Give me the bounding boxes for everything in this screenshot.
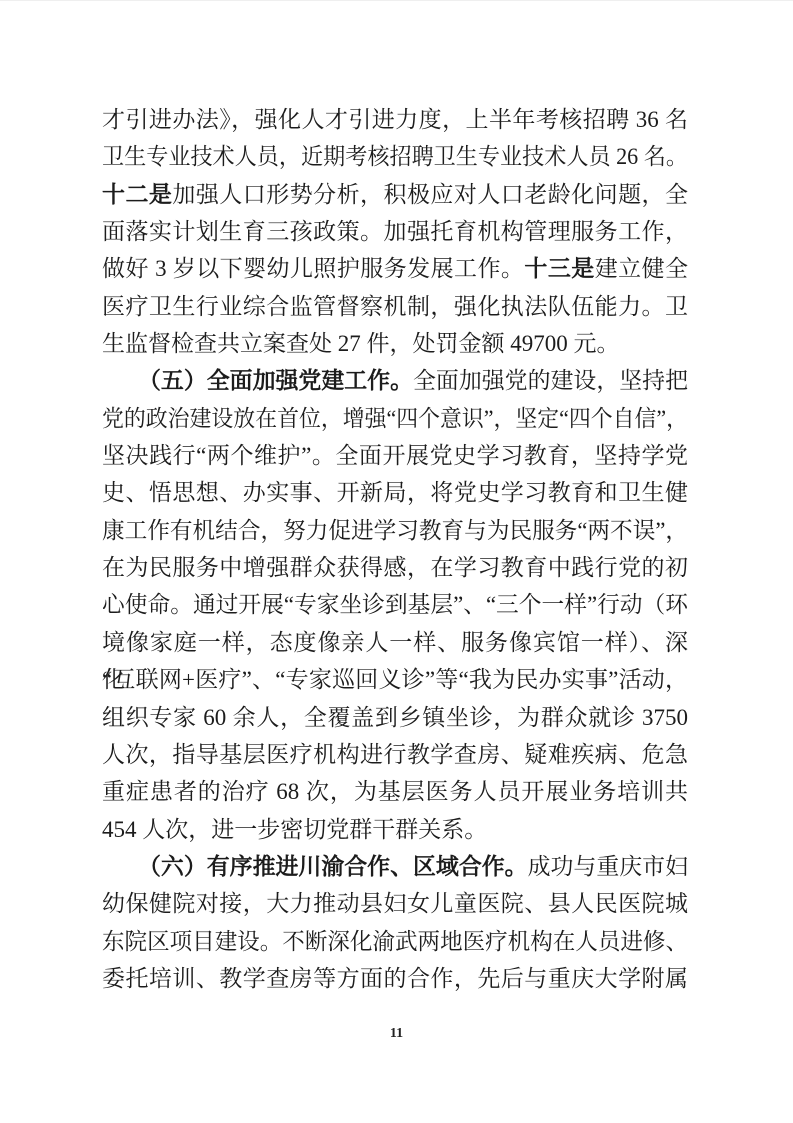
- text-segment: “互联网+医疗”、“专家巡回义诊”等“我为民办实事”活动，: [102, 667, 688, 692]
- text-line-content: 医疗卫生行业综合监管督察机制，强化执法队伍能力。卫: [102, 288, 688, 325]
- text-segment: 重症患者的治疗 68 次，为基层医务人员开展业务培训共: [102, 779, 688, 804]
- text-line: 幼保健院对接，大力推动县妇女儿童医院、县人民医院城: [102, 885, 688, 922]
- text-line: 组织专家 60 余人，全覆盖到乡镇坐诊，为群众就诊 3750: [102, 699, 688, 736]
- text-line: 医疗卫生行业综合监管督察机制，强化执法队伍能力。卫: [102, 288, 688, 325]
- text-segment: 卫生专业技术人员，近期考核招聘卫生专业技术人员 26 名。: [102, 144, 688, 169]
- text-line-content: 康工作有机结合，努力促进学习教育与为民服务“两不误”，: [102, 512, 688, 549]
- text-line-content: 委托培训、教学查房等方面的合作，先后与重庆大学附属: [102, 960, 688, 997]
- text-line-content: （五）全面加强党建工作。全面加强党的建设，坚持把: [138, 362, 688, 399]
- text-line-content: 党的政治建设放在首位，增强“四个意识”，坚定“四个自信”，: [102, 400, 688, 437]
- text-line: 史、悟思想、办实事、开新局，将党史学习教育和卫生健: [102, 474, 688, 511]
- text-segment: 人次，指导基层医疗机构进行教学查房、疑难疾病、危急: [102, 742, 688, 767]
- text-segment: 心使命。通过开展“专家坐诊到基层”、“三个一样”行动（环: [102, 592, 688, 617]
- text-segment: 建立健全: [595, 256, 688, 281]
- text-segment: 做好 3 岁以下婴幼儿照护服务发展工作。: [102, 256, 524, 281]
- text-line: 才引进办法》，强化人才引进力度，上半年考核招聘 36 名: [102, 101, 688, 138]
- text-line: 坚决践行“两个维护”。全面开展党史学习教育，坚持学党: [102, 437, 688, 474]
- text-segment: 成功与重庆市妇: [528, 854, 688, 879]
- text-segment: 在为民服务中增强群众获得感，在学习教育中践行党的初: [102, 555, 688, 580]
- text-segment-bold: （六）有序推进川渝合作、区域合作。: [138, 854, 528, 879]
- document-page: 才引进办法》，强化人才引进力度，上半年考核招聘 36 名卫生专业技术人员，近期考…: [0, 0, 793, 1123]
- text-line: 党的政治建设放在首位，增强“四个意识”，坚定“四个自信”，: [102, 400, 688, 437]
- text-line: 康工作有机结合，努力促进学习教育与为民服务“两不误”，: [102, 512, 688, 549]
- text-line-content: 做好 3 岁以下婴幼儿照护服务发展工作。十三是建立健全: [102, 250, 688, 287]
- text-line-content: 幼保健院对接，大力推动县妇女儿童医院、县人民医院城: [102, 885, 688, 922]
- text-line: （五）全面加强党建工作。全面加强党的建设，坚持把: [102, 362, 688, 399]
- text-segment: 面落实计划生育三孩政策。加强托育机构管理服务工作，: [102, 219, 688, 244]
- text-line-content: 东院区项目建设。不断深化渝武两地医疗机构在人员进修、: [102, 923, 688, 960]
- text-line-content: 人次，指导基层医疗机构进行教学查房、疑难疾病、危急: [102, 736, 688, 773]
- text-line: 十二是加强人口形势分析，积极应对人口老龄化问题，全: [102, 176, 688, 213]
- text-line: 境像家庭一样，态度像亲人一样、服务像宾馆一样）、深化: [102, 624, 688, 661]
- text-segment: 坚决践行“两个维护”。全面开展党史学习教育，坚持学党: [102, 443, 688, 468]
- text-segment: 党的政治建设放在首位，增强“四个意识”，坚定“四个自信”，: [102, 406, 688, 431]
- text-segment: 东院区项目建设。不断深化渝武两地医疗机构在人员进修、: [102, 929, 688, 954]
- text-line: 454 人次，进一步密切党群干群关系。: [102, 811, 688, 848]
- text-line-content: 在为民服务中增强群众获得感，在学习教育中践行党的初: [102, 549, 688, 586]
- text-line: 在为民服务中增强群众获得感，在学习教育中践行党的初: [102, 549, 688, 586]
- text-line-content: （六）有序推进川渝合作、区域合作。成功与重庆市妇: [138, 848, 688, 885]
- text-line: 重症患者的治疗 68 次，为基层医务人员开展业务培训共: [102, 773, 688, 810]
- page-number: 11: [0, 1026, 793, 1042]
- text-segment-bold: （五）全面加强党建工作。: [138, 368, 413, 393]
- text-segment: 康工作有机结合，努力促进学习教育与为民服务“两不误”，: [102, 518, 688, 543]
- text-segment: 幼保健院对接，大力推动县妇女儿童医院、县人民医院城: [102, 891, 688, 916]
- text-segment: 组织专家 60 余人，全覆盖到乡镇坐诊，为群众就诊 3750: [102, 705, 688, 730]
- text-line-content: 454 人次，进一步密切党群干群关系。: [102, 811, 487, 848]
- text-line: 委托培训、教学查房等方面的合作，先后与重庆大学附属: [102, 960, 688, 997]
- text-segment: 史、悟思想、办实事、开新局，将党史学习教育和卫生健: [102, 480, 688, 505]
- text-line: （六）有序推进川渝合作、区域合作。成功与重庆市妇: [102, 848, 688, 885]
- text-line: 心使命。通过开展“专家坐诊到基层”、“三个一样”行动（环: [102, 586, 688, 623]
- text-line-content: 生监督检查共立案查处 27 件，处罚金额 49700 元。: [102, 325, 620, 362]
- text-segment-bold: 十二是: [102, 182, 172, 207]
- text-segment: 才引进办法》，强化人才引进力度，上半年考核招聘 36 名: [102, 107, 688, 132]
- text-line-content: “互联网+医疗”、“专家巡回义诊”等“我为民办实事”活动，: [102, 661, 688, 698]
- text-line-content: 史、悟思想、办实事、开新局，将党史学习教育和卫生健: [102, 474, 688, 511]
- text-line-content: 十二是加强人口形势分析，积极应对人口老龄化问题，全: [102, 176, 688, 213]
- text-line: 做好 3 岁以下婴幼儿照护服务发展工作。十三是建立健全: [102, 250, 688, 287]
- text-segment: 加强人口形势分析，积极应对人口老龄化问题，全: [172, 182, 688, 207]
- text-line-content: 心使命。通过开展“专家坐诊到基层”、“三个一样”行动（环: [102, 586, 688, 623]
- text-segment: 454 人次，进一步密切党群干群关系。: [102, 817, 487, 842]
- text-line: 卫生专业技术人员，近期考核招聘卫生专业技术人员 26 名。: [102, 138, 688, 175]
- text-line-content: 才引进办法》，强化人才引进力度，上半年考核招聘 36 名: [102, 101, 688, 138]
- text-line-content: 组织专家 60 余人，全覆盖到乡镇坐诊，为群众就诊 3750: [102, 699, 688, 736]
- text-segment: 医疗卫生行业综合监管督察机制，强化执法队伍能力。卫: [102, 294, 688, 319]
- text-segment-bold: 十三是: [524, 256, 594, 281]
- text-line-content: 坚决践行“两个维护”。全面开展党史学习教育，坚持学党: [102, 437, 688, 474]
- text-line: 东院区项目建设。不断深化渝武两地医疗机构在人员进修、: [102, 923, 688, 960]
- text-segment: 全面加强党的建设，坚持把: [413, 368, 688, 393]
- text-line: 生监督检查共立案查处 27 件，处罚金额 49700 元。: [102, 325, 688, 362]
- text-line: “互联网+医疗”、“专家巡回义诊”等“我为民办实事”活动，: [102, 661, 688, 698]
- document-body: 才引进办法》，强化人才引进力度，上半年考核招聘 36 名卫生专业技术人员，近期考…: [102, 101, 688, 997]
- text-line: 面落实计划生育三孩政策。加强托育机构管理服务工作，: [102, 213, 688, 250]
- text-line: 人次，指导基层医疗机构进行教学查房、疑难疾病、危急: [102, 736, 688, 773]
- text-segment: 生监督检查共立案查处 27 件，处罚金额 49700 元。: [102, 331, 620, 356]
- text-line-content: 面落实计划生育三孩政策。加强托育机构管理服务工作，: [102, 213, 688, 250]
- text-line-content: 卫生专业技术人员，近期考核招聘卫生专业技术人员 26 名。: [102, 138, 688, 175]
- text-line-content: 重症患者的治疗 68 次，为基层医务人员开展业务培训共: [102, 773, 688, 810]
- text-segment: 委托培训、教学查房等方面的合作，先后与重庆大学附属: [102, 966, 688, 991]
